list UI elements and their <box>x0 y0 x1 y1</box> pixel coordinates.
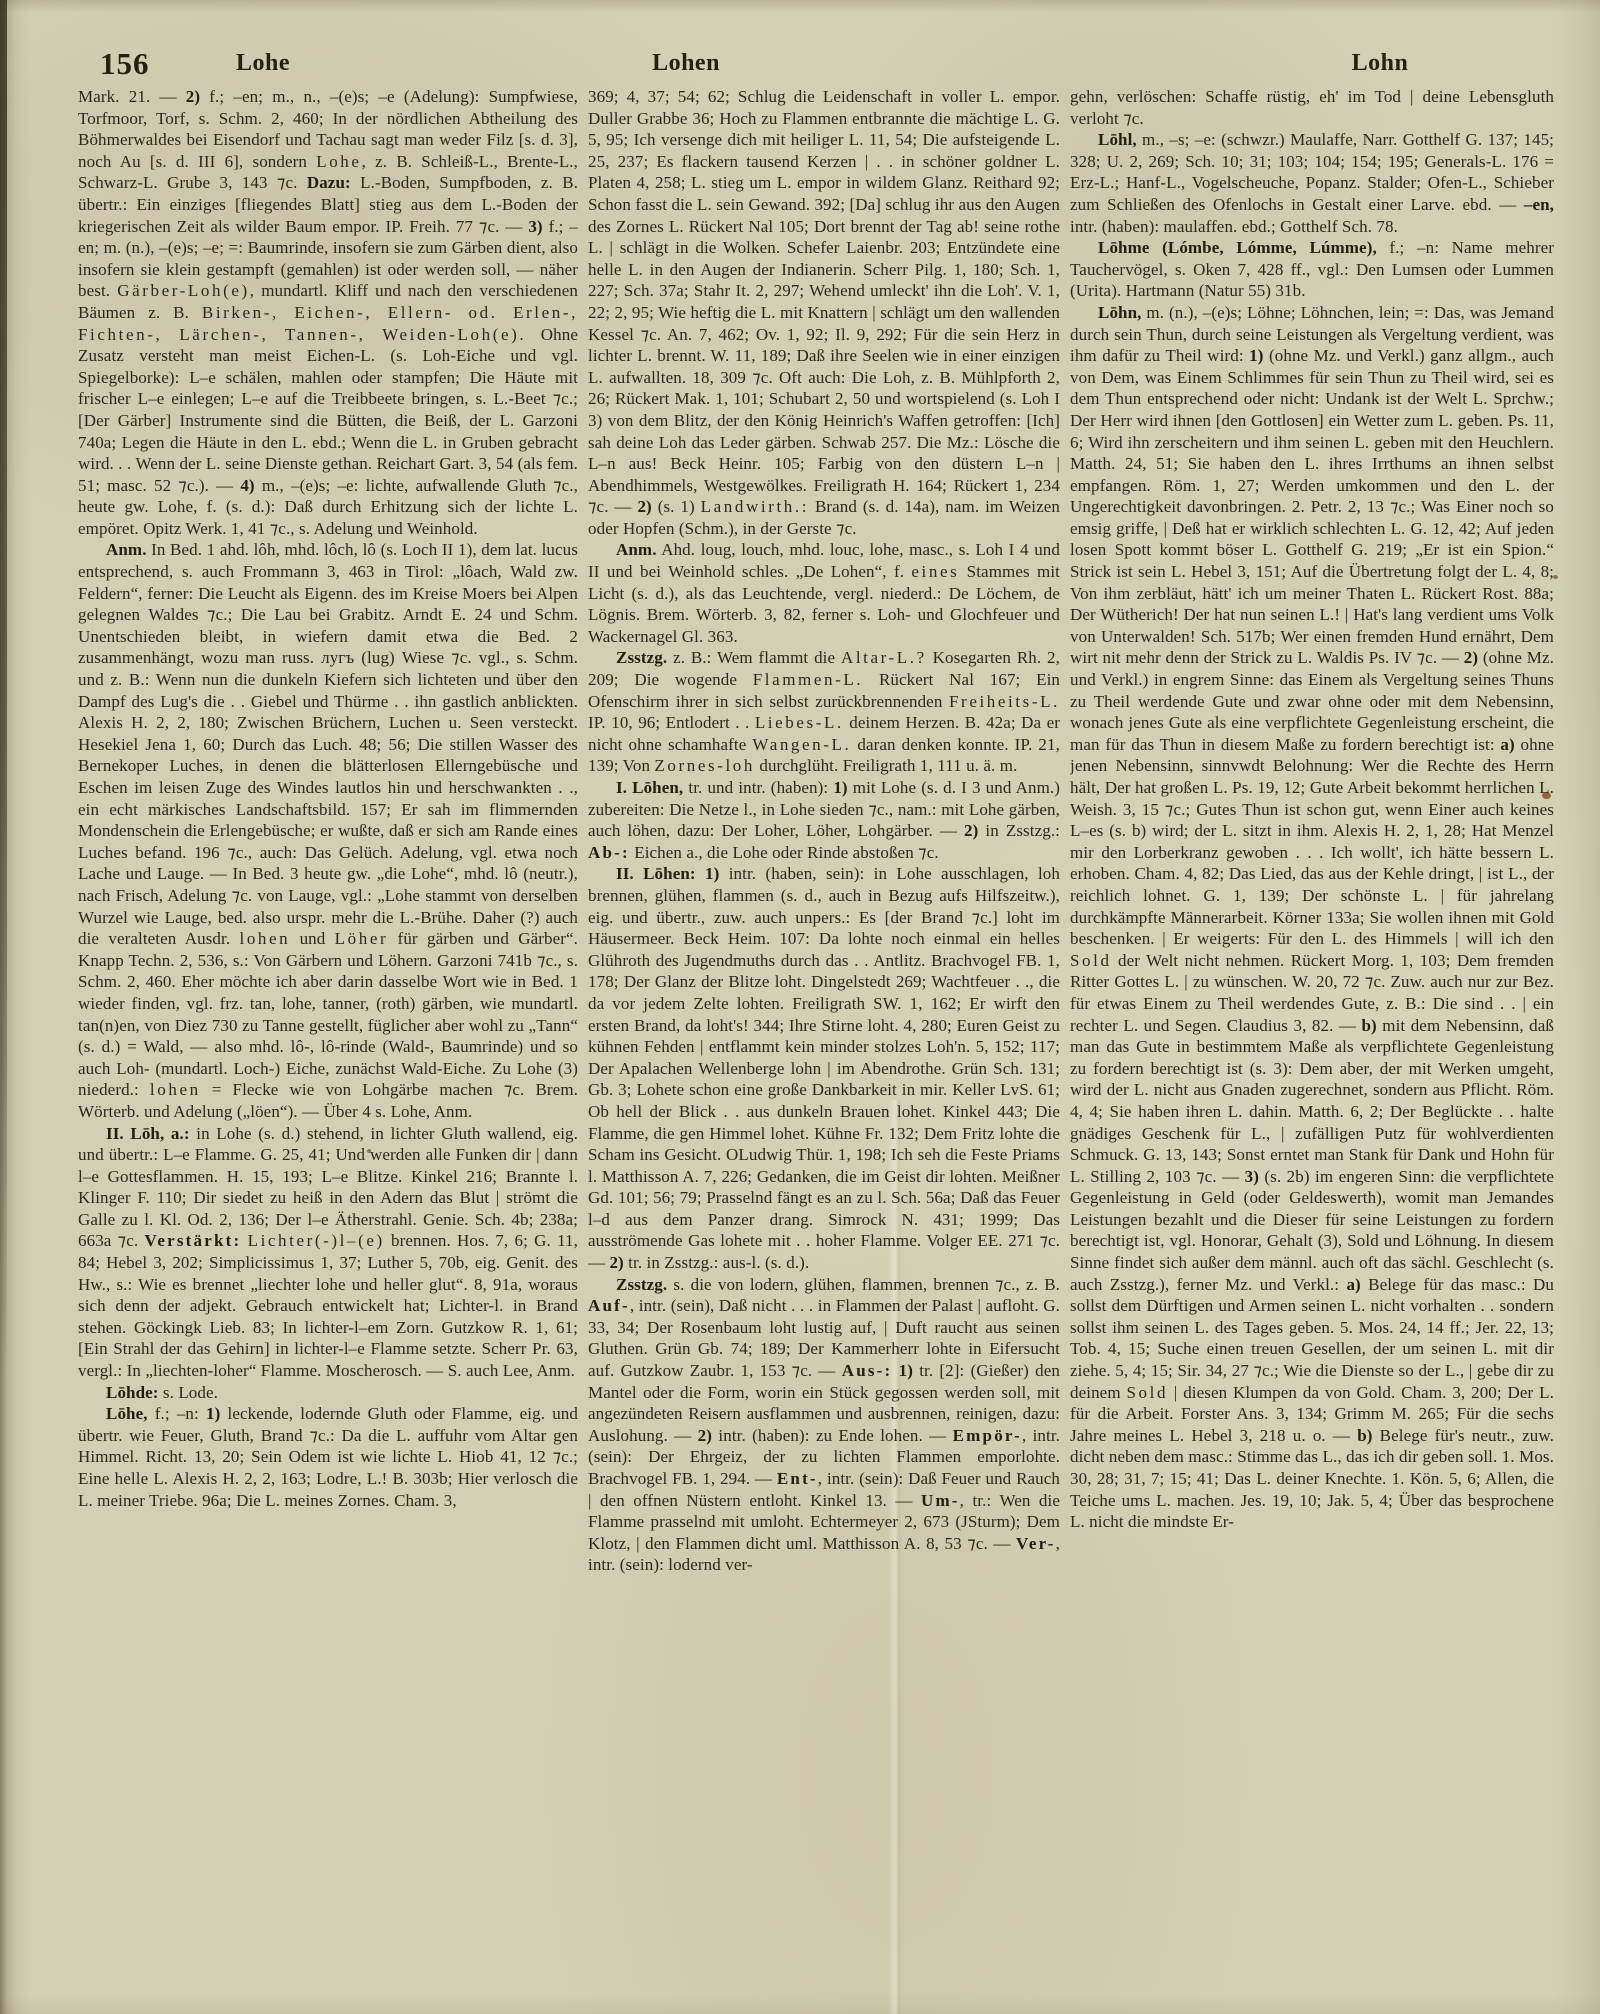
body-text-run: Sold <box>1126 1383 1168 1402</box>
body-text-run: durchglüht. Freiligrath 1, 111 u. ä. m. <box>755 756 1017 775</box>
headword-or-sense-marker: Zsstzg. <box>616 648 667 667</box>
headword-or-sense-marker: –en, <box>1524 195 1554 214</box>
running-head-lohen: Lohen <box>652 50 720 77</box>
dictionary-paragraph: 369; 4, 37; 54; 62; Schlug die Leidensch… <box>588 86 1060 539</box>
headword-or-sense-marker: Ent- <box>777 1469 818 1488</box>
headword-or-sense-marker: Auf- <box>588 1296 630 1315</box>
body-text-run: für gärben und Gärber“. Knapp Techn. 2, … <box>78 929 578 1099</box>
dictionary-paragraph: Anm. Ahd. loug, louch, mhd. louc, lohe, … <box>588 539 1060 647</box>
body-text-run: eines <box>911 562 959 581</box>
running-head-lohe: Lohe <box>236 50 290 77</box>
body-text-run: Landwirth.: <box>701 497 809 516</box>
running-head-lohn: Lohn <box>1352 50 1409 77</box>
dictionary-paragraph: Zsstzg. z. B.: Wem flammt die Altar-L.? … <box>588 647 1060 777</box>
body-text-run: tr. in Zsstzg.: aus-l. (s. d.). <box>624 1253 809 1272</box>
body-text-run: In Bed. 1 ahd. lôh, mhd. lôch, lô (s. Lo… <box>78 540 578 948</box>
headword-or-sense-marker: II. Lōhen: <box>616 864 696 883</box>
body-text-run: Flammen-L. <box>753 670 864 689</box>
body-text-run: gehn, verlöschen: Schaffe rüstig, eh' im… <box>1070 87 1554 128</box>
headword-or-sense-marker: 1) <box>1249 346 1263 365</box>
headword-or-sense-marker: a) <box>1346 1275 1360 1294</box>
body-text-run: Lohe <box>316 152 361 171</box>
body-text-run: mit dem Nebensinn, daß man das Gute in b… <box>1070 1016 1554 1186</box>
headword-or-sense-marker: 4) <box>240 476 254 495</box>
headword-or-sense-marker: Lōhme (Lómbe, Lómme, Lúmme), <box>1098 238 1377 257</box>
headword-or-sense-marker: Lōhn, <box>1098 303 1142 322</box>
body-text-run: 369; 4, 37; 54; 62; Schlug die Leidensch… <box>588 87 1060 516</box>
dictionary-paragraph: II. Lōh, a.: in Lohe (s. d.) stehend, in… <box>78 1123 578 1382</box>
body-text-run: Freiheits-L. <box>949 692 1060 711</box>
body-text-run: intr. (haben): zu Ende lohen. — <box>712 1426 953 1445</box>
page-number: 156 <box>100 46 150 82</box>
text-column-middle: 369; 4, 37; 54; 62; Schlug die Leidensch… <box>588 86 1060 1576</box>
headword-or-sense-marker: I. Lōhen, <box>616 778 683 797</box>
body-text-run: Altar-L.? <box>841 648 927 667</box>
headword-or-sense-marker: Aus-: <box>842 1361 893 1380</box>
headword-or-sense-marker: 2) <box>186 87 200 106</box>
body-text-run: m., –s; –e: (schwzr.) Maulaffe, Narr. Go… <box>1070 130 1554 214</box>
dictionary-paragraph: Zsstzg. s. die von lodern, glühen, flamm… <box>588 1274 1060 1576</box>
headword-or-sense-marker: Anm. <box>106 540 147 559</box>
headword-or-sense-marker: Lōhl, <box>1098 130 1137 149</box>
headword-or-sense-marker: b) <box>1361 1016 1376 1035</box>
body-text-run: lohen <box>240 929 291 948</box>
body-text-run: IP. 10, 96; Entlodert . . <box>588 713 755 732</box>
body-text-run: ohne jenen Nebensinn, sinnvwdt Belohnung… <box>1070 735 1554 948</box>
body-text-run: s. Lode. <box>159 1383 218 1402</box>
headword-or-sense-marker: Lōhe, <box>106 1404 148 1423</box>
body-text-run: tr. und intr. (haben): <box>683 778 833 797</box>
body-text-run: und <box>290 929 334 948</box>
dictionary-paragraph: Lōhde: s. Lode. <box>78 1382 578 1404</box>
headword-or-sense-marker: 3) <box>1245 1167 1259 1186</box>
body-text-run: Mark. 21. — <box>78 87 186 106</box>
dictionary-paragraph: Lōhme (Lómbe, Lómme, Lúmme), f.; –n: Nam… <box>1070 237 1554 302</box>
headword-or-sense-marker: 1) <box>705 864 719 883</box>
dictionary-paragraph: Lōhn, m. (n.), –(e)s; Löhne; Löhnchen, l… <box>1070 302 1554 1533</box>
body-text-run: z. B.: Wem flammt die <box>667 648 841 667</box>
headword-or-sense-marker: 1) <box>833 778 847 797</box>
body-text-run: Liebes-L. <box>755 713 844 732</box>
body-text-run: (ohne Mz. und Verkl.) ganz allgm., auch … <box>1070 346 1554 667</box>
body-text-run: Ohne Zusatz versteht man meist Eichen-L.… <box>78 325 578 495</box>
body-text-run: Gärber-Loh(e) <box>117 281 250 300</box>
body-text-run: Wangen-L. <box>752 735 851 754</box>
body-text-run: Löher <box>335 929 389 948</box>
headword-or-sense-marker: Ver- <box>1016 1534 1056 1553</box>
headword-or-sense-marker: Dazu: <box>307 173 351 192</box>
headword-or-sense-marker: a) <box>1500 735 1514 754</box>
body-text-run: intr. (haben, sein): in Lohe ausschlagen… <box>588 864 1060 1272</box>
headword-or-sense-marker: 2) <box>964 821 978 840</box>
dictionary-paragraph: I. Lōhen, tr. und intr. (haben): 1) mit … <box>588 777 1060 863</box>
body-text-run: (s. 1) <box>652 497 701 516</box>
body-text-run: Lichter(-)l–(e) <box>248 1231 385 1250</box>
headword-or-sense-marker: Lōhde: <box>106 1383 159 1402</box>
book-gutter-shadow <box>0 0 7 1380</box>
body-text-run: brennen. Hos. 7, 6; G. 11, 84; Hebel 3, … <box>78 1231 578 1380</box>
dictionary-paragraph: Anm. In Bed. 1 ahd. lôh, mhd. lôch, lô (… <box>78 539 578 1122</box>
body-text-run: Eichen a., die Lohe oder Rinde abstoßen … <box>630 843 939 862</box>
headword-or-sense-marker: 1) <box>206 1404 220 1423</box>
headword-or-sense-marker: Verstärkt: <box>144 1231 241 1250</box>
headword-or-sense-marker: 3) <box>528 217 542 236</box>
dictionary-paragraph: II. Lōhen: 1) intr. (haben, sein): in Lo… <box>588 863 1060 1273</box>
body-text-run <box>696 864 705 883</box>
headword-or-sense-marker: 2) <box>1464 648 1478 667</box>
body-text-run: Sold <box>1070 951 1112 970</box>
headword-or-sense-marker: 2) <box>698 1426 712 1445</box>
dictionary-paragraph: gehn, verlöschen: Schaffe rüstig, eh' im… <box>1070 86 1554 129</box>
headword-or-sense-marker: 2) <box>637 497 651 516</box>
headword-or-sense-marker: b) <box>1357 1426 1372 1445</box>
body-text-run: f.; –n: <box>148 1404 206 1423</box>
headword-or-sense-marker: Ab-: <box>588 843 630 862</box>
headword-or-sense-marker: II. Lōh, a.: <box>106 1124 190 1143</box>
scanned-dictionary-page: 156 Lohe Lohen Lohn Mark. 21. — 2) f.; –… <box>0 0 1600 2014</box>
body-text-run: Zornes-loh <box>654 756 755 775</box>
body-text-run: in Zsstzg.: <box>978 821 1060 840</box>
body-text-run: s. die von lodern, glühen, flammen, bren… <box>667 1275 1060 1294</box>
headword-or-sense-marker: Anm. <box>616 540 657 559</box>
text-column-left: Mark. 21. — 2) f.; –en; m., n., –(e)s; –… <box>78 86 578 1511</box>
dictionary-paragraph: Lōhl, m., –s; –e: (schwzr.) Maulaffe, Na… <box>1070 129 1554 237</box>
headword-or-sense-marker: Zsstzg. <box>616 1275 667 1294</box>
headword-or-sense-marker: Empör- <box>953 1426 1022 1445</box>
body-text-run: intr. (haben): maulaffen. ebd.; Gotthelf… <box>1070 217 1398 236</box>
headword-or-sense-marker: Um- <box>921 1491 960 1510</box>
headword-or-sense-marker: 2) <box>609 1253 623 1272</box>
dictionary-paragraph: Lōhe, f.; –n: 1) leckende, lodernde Glut… <box>78 1403 578 1511</box>
text-column-right: gehn, verlöschen: Schaffe rüstig, eh' im… <box>1070 86 1554 1533</box>
dictionary-paragraph: Mark. 21. — 2) f.; –en; m., n., –(e)s; –… <box>78 86 578 539</box>
body-text-run: lohen <box>150 1080 201 1099</box>
headword-or-sense-marker: 1) <box>899 1361 913 1380</box>
